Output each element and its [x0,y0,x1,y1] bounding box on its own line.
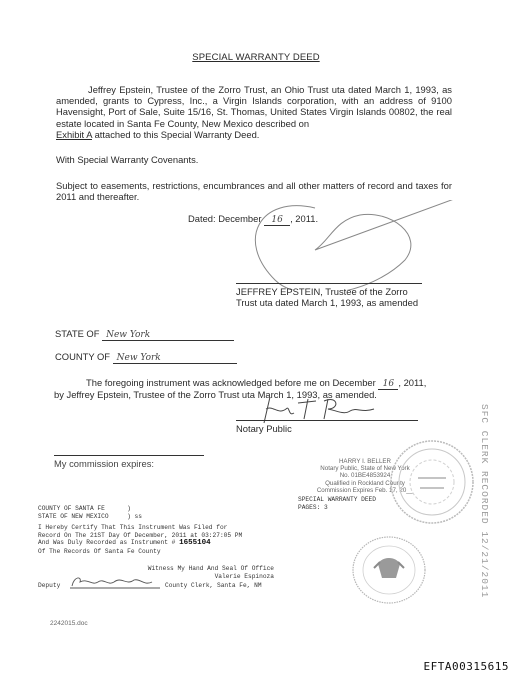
witness-line: Witness My Hand And Seal Of Office [130,565,274,573]
covenants-paragraph: With Special Warranty Covenants. [56,154,452,165]
deputy-label: Deputy [38,582,60,589]
state-label: STATE OF [55,328,99,339]
commission-line [54,455,204,456]
notary-seal-icon [388,438,476,526]
document-filename: 2242015.doc [50,620,88,627]
notary-signature-line [236,420,418,421]
ack-day-handwritten: 16 [378,379,398,390]
recording-certification: I Hereby Certify That This Instrument Wa… [38,524,242,555]
grantor-signature [240,200,490,290]
recording-doc-type-block: SPECIAL WARRANTY DEED PAGES: 3 [298,496,376,511]
cert-line-3: And Was Duly Recorded as Instrument # [38,539,179,546]
recording-venue: COUNTY OF SANTA FE ) STATE OF NEW MEXICO… [38,505,142,520]
grant-text-end: attached to this Special Warranty Deed. [92,129,259,140]
bates-number: EFTA00315615 [424,660,509,673]
exhibit-a-reference: Exhibit A [56,129,92,140]
county-clerk-seal-icon [350,534,428,606]
state-value-handwritten: New York [102,330,234,341]
county-label: COUNTY OF [55,351,110,362]
grantor-capacity: Trust uta dated March 1, 1993, as amende… [236,297,418,308]
recording-state: STATE OF NEW MEXICO ) ss [38,513,142,520]
grantor-name-block: JEFFREY EPSTEIN, Trustee of the Zorro Tr… [236,286,418,308]
deputy-signature [68,574,163,590]
commission-expires-label: My commission expires: [54,458,154,469]
cert-line-2: Record On The 21ST Day Of December, 2011… [38,532,242,539]
notary-public-label: Notary Public [236,423,292,434]
recording-pages: PAGES: 3 [298,504,328,511]
recording-doc-type: SPECIAL WARRANTY DEED [298,496,376,503]
grant-text: Jeffrey Epstein, Trustee of the Zorro Tr… [56,84,452,129]
recording-county: COUNTY OF SANTA FE ) [38,505,131,512]
deputy-line: Deputy [38,582,60,590]
ack-text: The foregoing instrument was acknowledge… [86,377,376,388]
cert-line-1: I Hereby Certify That This Instrument Wa… [38,524,227,531]
ack-year: , 2011, [398,377,426,388]
grant-paragraph: Jeffrey Epstein, Trustee of the Zorro Tr… [56,84,452,140]
state-of-line: STATE OF New York [55,328,234,341]
cert-line-4: Of The Records Of Santa Fe County [38,548,161,555]
clerk-title: County Clerk, Santa Fe, NM [165,582,262,590]
vertical-recorded-stamp: SFC CLERK RECORDED 12/21/2011 [479,404,490,598]
grantor-name: JEFFREY EPSTEIN, Trustee of the Zorro [236,286,418,297]
grantor-signature-line [236,283,422,284]
county-of-line: COUNTY OF New York [55,351,237,364]
instrument-number: 1655104 [179,539,211,547]
county-value-handwritten: New York [113,353,237,364]
deed-title: SPECIAL WARRANTY DEED [0,52,512,63]
